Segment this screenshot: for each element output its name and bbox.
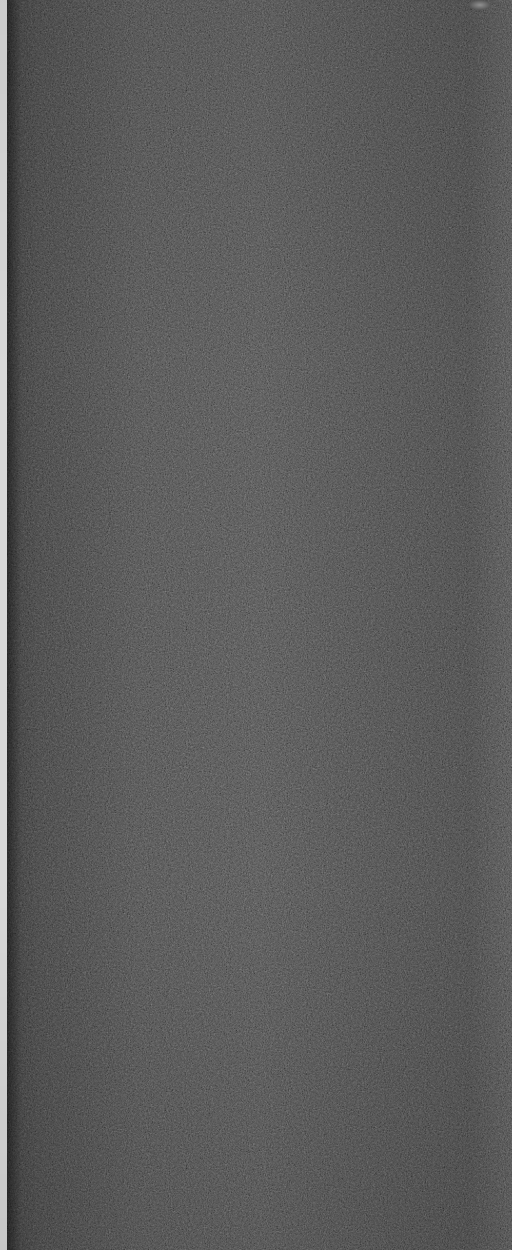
asphalt-grain-coarse: [0, 0, 512, 1250]
lane-line-end-cap: [469, 0, 491, 10]
edge-shadow: [7, 0, 21, 1250]
road-photo: [0, 0, 512, 1250]
left-edge-strip: [0, 0, 7, 1250]
